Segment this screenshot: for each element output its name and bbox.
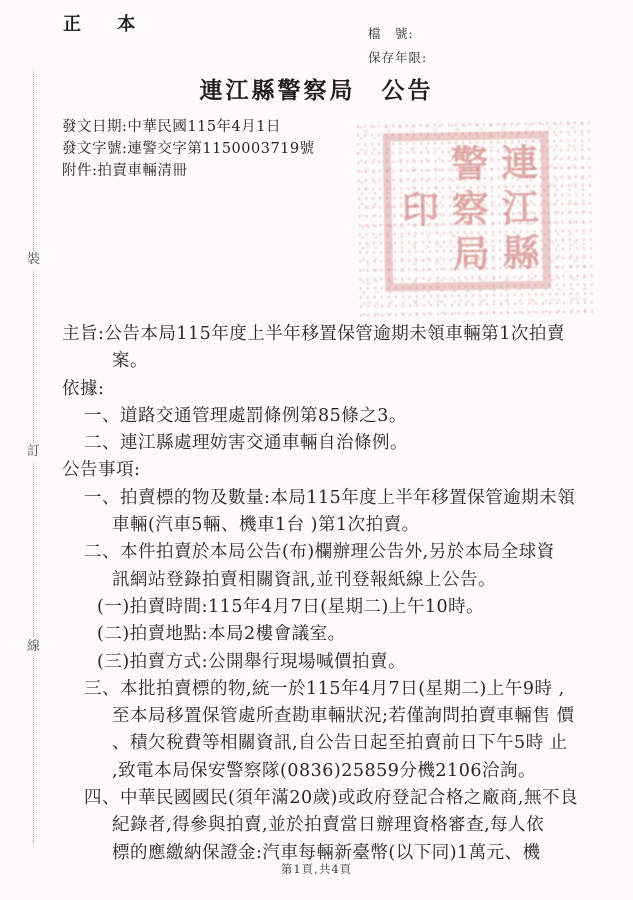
seal-text-column: 連江縣 bbox=[497, 142, 536, 278]
seal-text-column: 警察局 bbox=[447, 143, 486, 279]
binding-mark-zhuang: 裝 bbox=[26, 251, 41, 269]
body-text-line: 一、道路交通管理處罰條例第85條之3。 bbox=[62, 403, 607, 430]
body-text-line: 二、本件拍賣於本局公告(布)欄辦理公告外,另於本局全球資 bbox=[62, 539, 607, 566]
seal-text-column: 印 bbox=[398, 189, 436, 235]
body-text-line: 車輛(汽車5輛、機車1台 )第1次拍賣。 bbox=[62, 512, 607, 539]
body-text-line: 、積欠稅費等相關資訊,自公告日起至拍賣前日下午5時 止 bbox=[62, 730, 607, 757]
body-text-line: 四、中華民國國民(須年滿20歲)或政府登記合格之廠商,無不良 bbox=[62, 785, 607, 812]
body-text-line: 公告事項: bbox=[62, 457, 607, 484]
body-text-line: 一、拍賣標的物及數量:本局115年度上半年移置保管逾期未領 bbox=[62, 485, 607, 512]
body-text-line: 紀錄者,得參與拍賣,並於拍賣當日辦理資格審查,每人依 bbox=[62, 812, 607, 839]
body-text-line: 三、本批拍賣標的物,統一於115年4月7日(星期二)上午9時 , bbox=[62, 676, 607, 703]
scanned-document-page: 裝 訂 線 正 本 檔 號: 保存年限: 連江縣警察局 公告 發文日期:中華民國… bbox=[0, 0, 633, 900]
document-title: 連江縣警察局 公告 bbox=[0, 72, 633, 105]
body-text-line: (三)拍賣方式:公開舉行現場喊價拍賣。 bbox=[62, 649, 607, 676]
file-number-block: 檔 號: 保存年限: bbox=[368, 22, 427, 70]
body-text-line: ,致電本局保安警察隊(0836)25859分機2106洽詢。 bbox=[62, 758, 607, 785]
file-number-label: 檔 號: bbox=[368, 22, 427, 46]
seal-border: 連江縣 警察局 印 bbox=[382, 131, 551, 292]
document-meta: 發文日期:中華民國115年4月1日 發文字號:連警交字第1150003719號 … bbox=[62, 116, 315, 182]
copy-type-label: 正 本 bbox=[63, 10, 150, 36]
official-seal-stamp: 連江縣 警察局 印 bbox=[354, 118, 593, 320]
body-text-line: 訊網站登錄拍賣相關資訊,並刊登報紙線上公告。 bbox=[62, 567, 607, 594]
body-text-line: 至本局移置保管處所查勘車輛狀況;若僅詢問拍賣車輛售 價 bbox=[62, 703, 607, 730]
body-text-line: 依據: bbox=[62, 376, 607, 403]
document-body: 主旨:公告本局115年度上半年移置保管逾期未領車輛第1次拍賣 案。 依據: 一、… bbox=[62, 321, 607, 867]
body-text-line: 主旨:公告本局115年度上半年移置保管逾期未領車輛第1次拍賣 bbox=[62, 321, 607, 348]
binding-mark-xian: 線 bbox=[26, 638, 41, 656]
retention-period-label: 保存年限: bbox=[368, 46, 427, 70]
issue-date: 發文日期:中華民國115年4月1日 bbox=[62, 116, 315, 138]
document-number: 發文字號:連警交字第1150003719號 bbox=[62, 138, 315, 160]
page-number-footer: 第1頁,共4頁 bbox=[0, 861, 633, 877]
body-text-line: (一)拍賣時間:115年4月7日(星期二)上午10時。 bbox=[62, 594, 607, 621]
body-text-line: 案。 bbox=[62, 348, 607, 375]
binding-mark-ding: 訂 bbox=[26, 443, 41, 461]
attachment-line: 附件:拍賣車輛清冊 bbox=[62, 160, 315, 182]
body-text-line: (二)拍賣地點:本局2樓會議室。 bbox=[62, 621, 607, 648]
body-text-line: 二、連江縣處理妨害交通車輛自治條例。 bbox=[62, 430, 607, 457]
